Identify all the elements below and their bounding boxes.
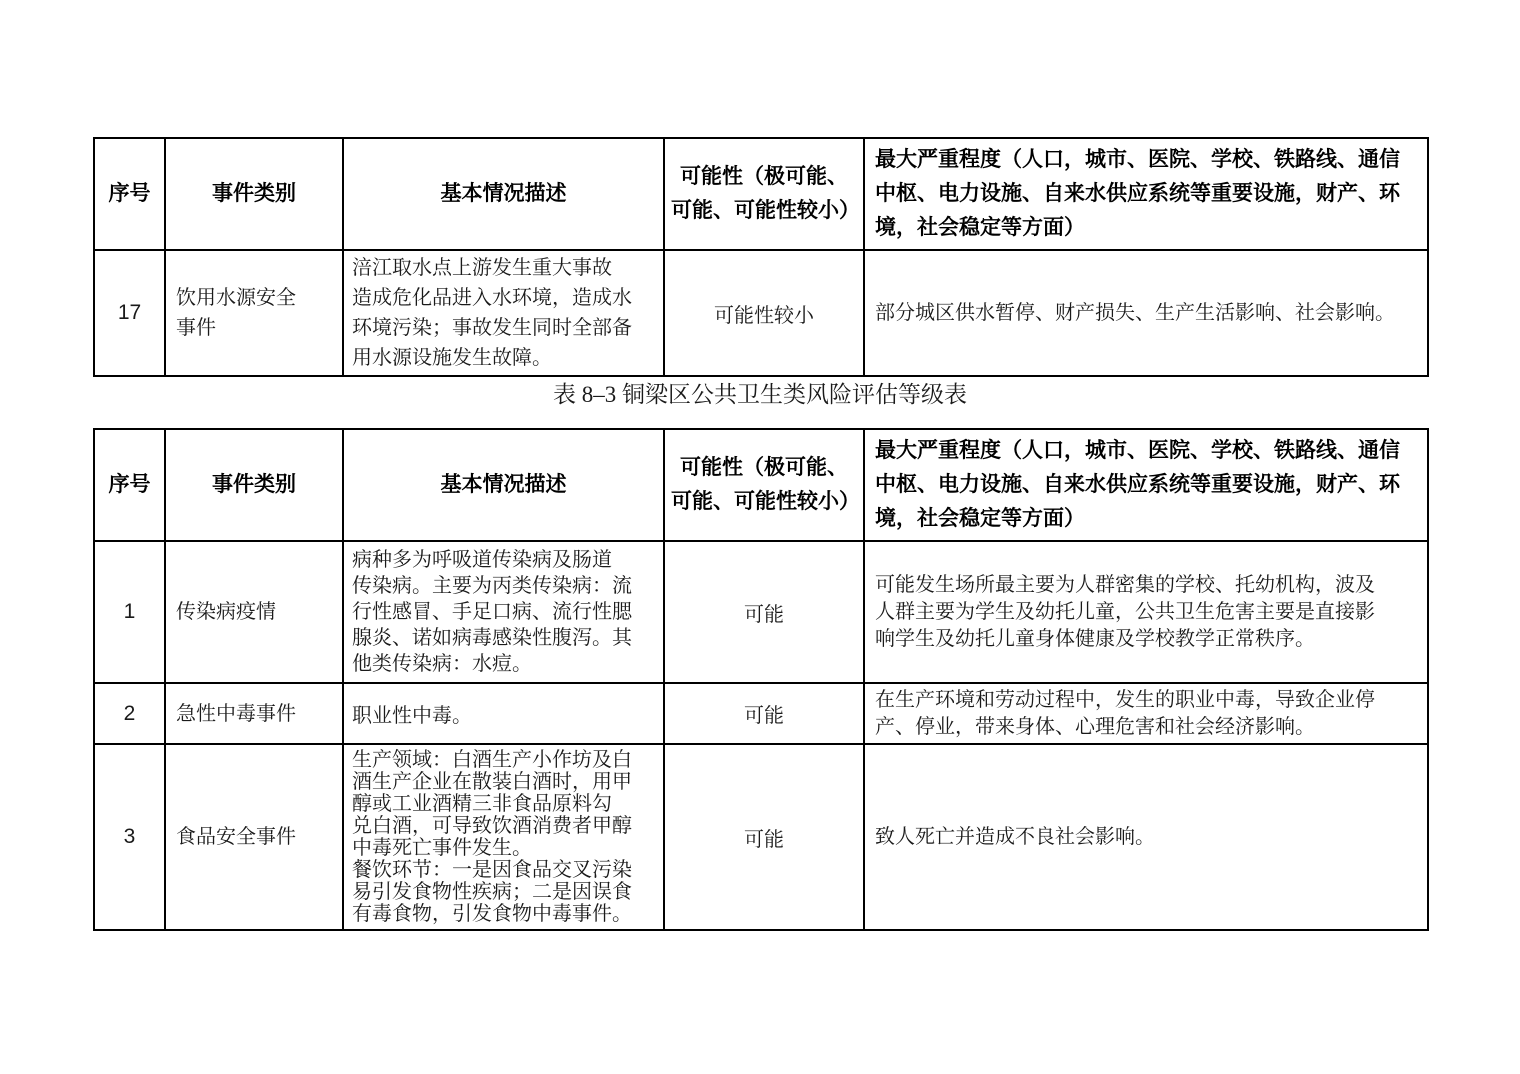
cell-description: 涪江取水点上游发生重大事故 造成危化品进入水环境，造成水 环境污染；事故发生同时… <box>343 250 664 376</box>
cell-no: 2 <box>94 683 165 744</box>
cell-likelihood: 可能 <box>664 683 864 744</box>
cell-severity: 部分城区供水暂停、财产损失、生产生活影响、社会影响。 <box>864 250 1428 376</box>
cell-description: 生产领域：白酒生产小作坊及白 酒生产企业在散装白酒时，用甲 醇或工业酒精三非食品… <box>343 744 664 930</box>
cell-severity: 致人死亡并造成不良社会影响。 <box>864 744 1428 930</box>
cell-likelihood: 可能性较小 <box>664 250 864 376</box>
cell-category: 传染病疫情 <box>165 541 343 683</box>
col-header-no: 序号 <box>94 138 165 250</box>
col-header-severity: 最大严重程度（人口，城市、医院、学校、铁路线、通信 中枢、电力设施、自来水供应系… <box>864 138 1428 250</box>
col-header-category: 事件类别 <box>165 138 343 250</box>
col-header-likelihood: 可能性（极可能、 可能、可能性较小） <box>664 138 864 250</box>
header-row: 序号 事件类别 基本情况描述 可能性（极可能、 可能、可能性较小） 最大严重程度… <box>94 138 1428 250</box>
table-row: 2 急性中毒事件 职业性中毒。 可能 在生产环境和劳动过程中，发生的职业中毒，导… <box>94 683 1428 744</box>
cell-category: 急性中毒事件 <box>165 683 343 744</box>
cell-category: 饮用水源安全 事件 <box>165 250 343 376</box>
table-row: 1 传染病疫情 病种多为呼吸道传染病及肠道 传染病。主要为丙类传染病：流 行性感… <box>94 541 1428 683</box>
cell-no: 3 <box>94 744 165 930</box>
cell-no: 1 <box>94 541 165 683</box>
cell-no: 17 <box>94 250 165 376</box>
col-header-category: 事件类别 <box>165 429 343 541</box>
risk-table-public-health: 序号 事件类别 基本情况描述 可能性（极可能、 可能、可能性较小） 最大严重程度… <box>93 428 1429 931</box>
cell-description: 职业性中毒。 <box>343 683 664 744</box>
cell-description: 病种多为呼吸道传染病及肠道 传染病。主要为丙类传染病：流 行性感冒、手足口病、流… <box>343 541 664 683</box>
cell-severity: 在生产环境和劳动过程中，发生的职业中毒，导致企业停 产、停业，带来身体、心理危害… <box>864 683 1428 744</box>
col-header-description: 基本情况描述 <box>343 429 664 541</box>
cell-severity: 可能发生场所最主要为人群密集的学校、托幼机构，波及 人群主要为学生及幼托儿童，公… <box>864 541 1428 683</box>
col-header-likelihood: 可能性（极可能、 可能、可能性较小） <box>664 429 864 541</box>
table-row: 17 饮用水源安全 事件 涪江取水点上游发生重大事故 造成危化品进入水环境，造成… <box>94 250 1428 376</box>
col-header-description: 基本情况描述 <box>343 138 664 250</box>
risk-table-continued: 序号 事件类别 基本情况描述 可能性（极可能、 可能、可能性较小） 最大严重程度… <box>93 137 1429 377</box>
col-header-no: 序号 <box>94 429 165 541</box>
table-row: 3 食品安全事件 生产领域：白酒生产小作坊及白 酒生产企业在散装白酒时，用甲 醇… <box>94 744 1428 930</box>
cell-likelihood: 可能 <box>664 541 864 683</box>
header-row: 序号 事件类别 基本情况描述 可能性（极可能、 可能、可能性较小） 最大严重程度… <box>94 429 1428 541</box>
col-header-severity: 最大严重程度（人口，城市、医院、学校、铁路线、通信 中枢、电力设施、自来水供应系… <box>864 429 1428 541</box>
table-caption: 表 8–3 铜梁区公共卫生类风险评估等级表 <box>93 379 1427 411</box>
document-page: 序号 事件类别 基本情况描述 可能性（极可能、 可能、可能性较小） 最大严重程度… <box>0 0 1520 1074</box>
cell-category: 食品安全事件 <box>165 744 343 930</box>
cell-likelihood: 可能 <box>664 744 864 930</box>
